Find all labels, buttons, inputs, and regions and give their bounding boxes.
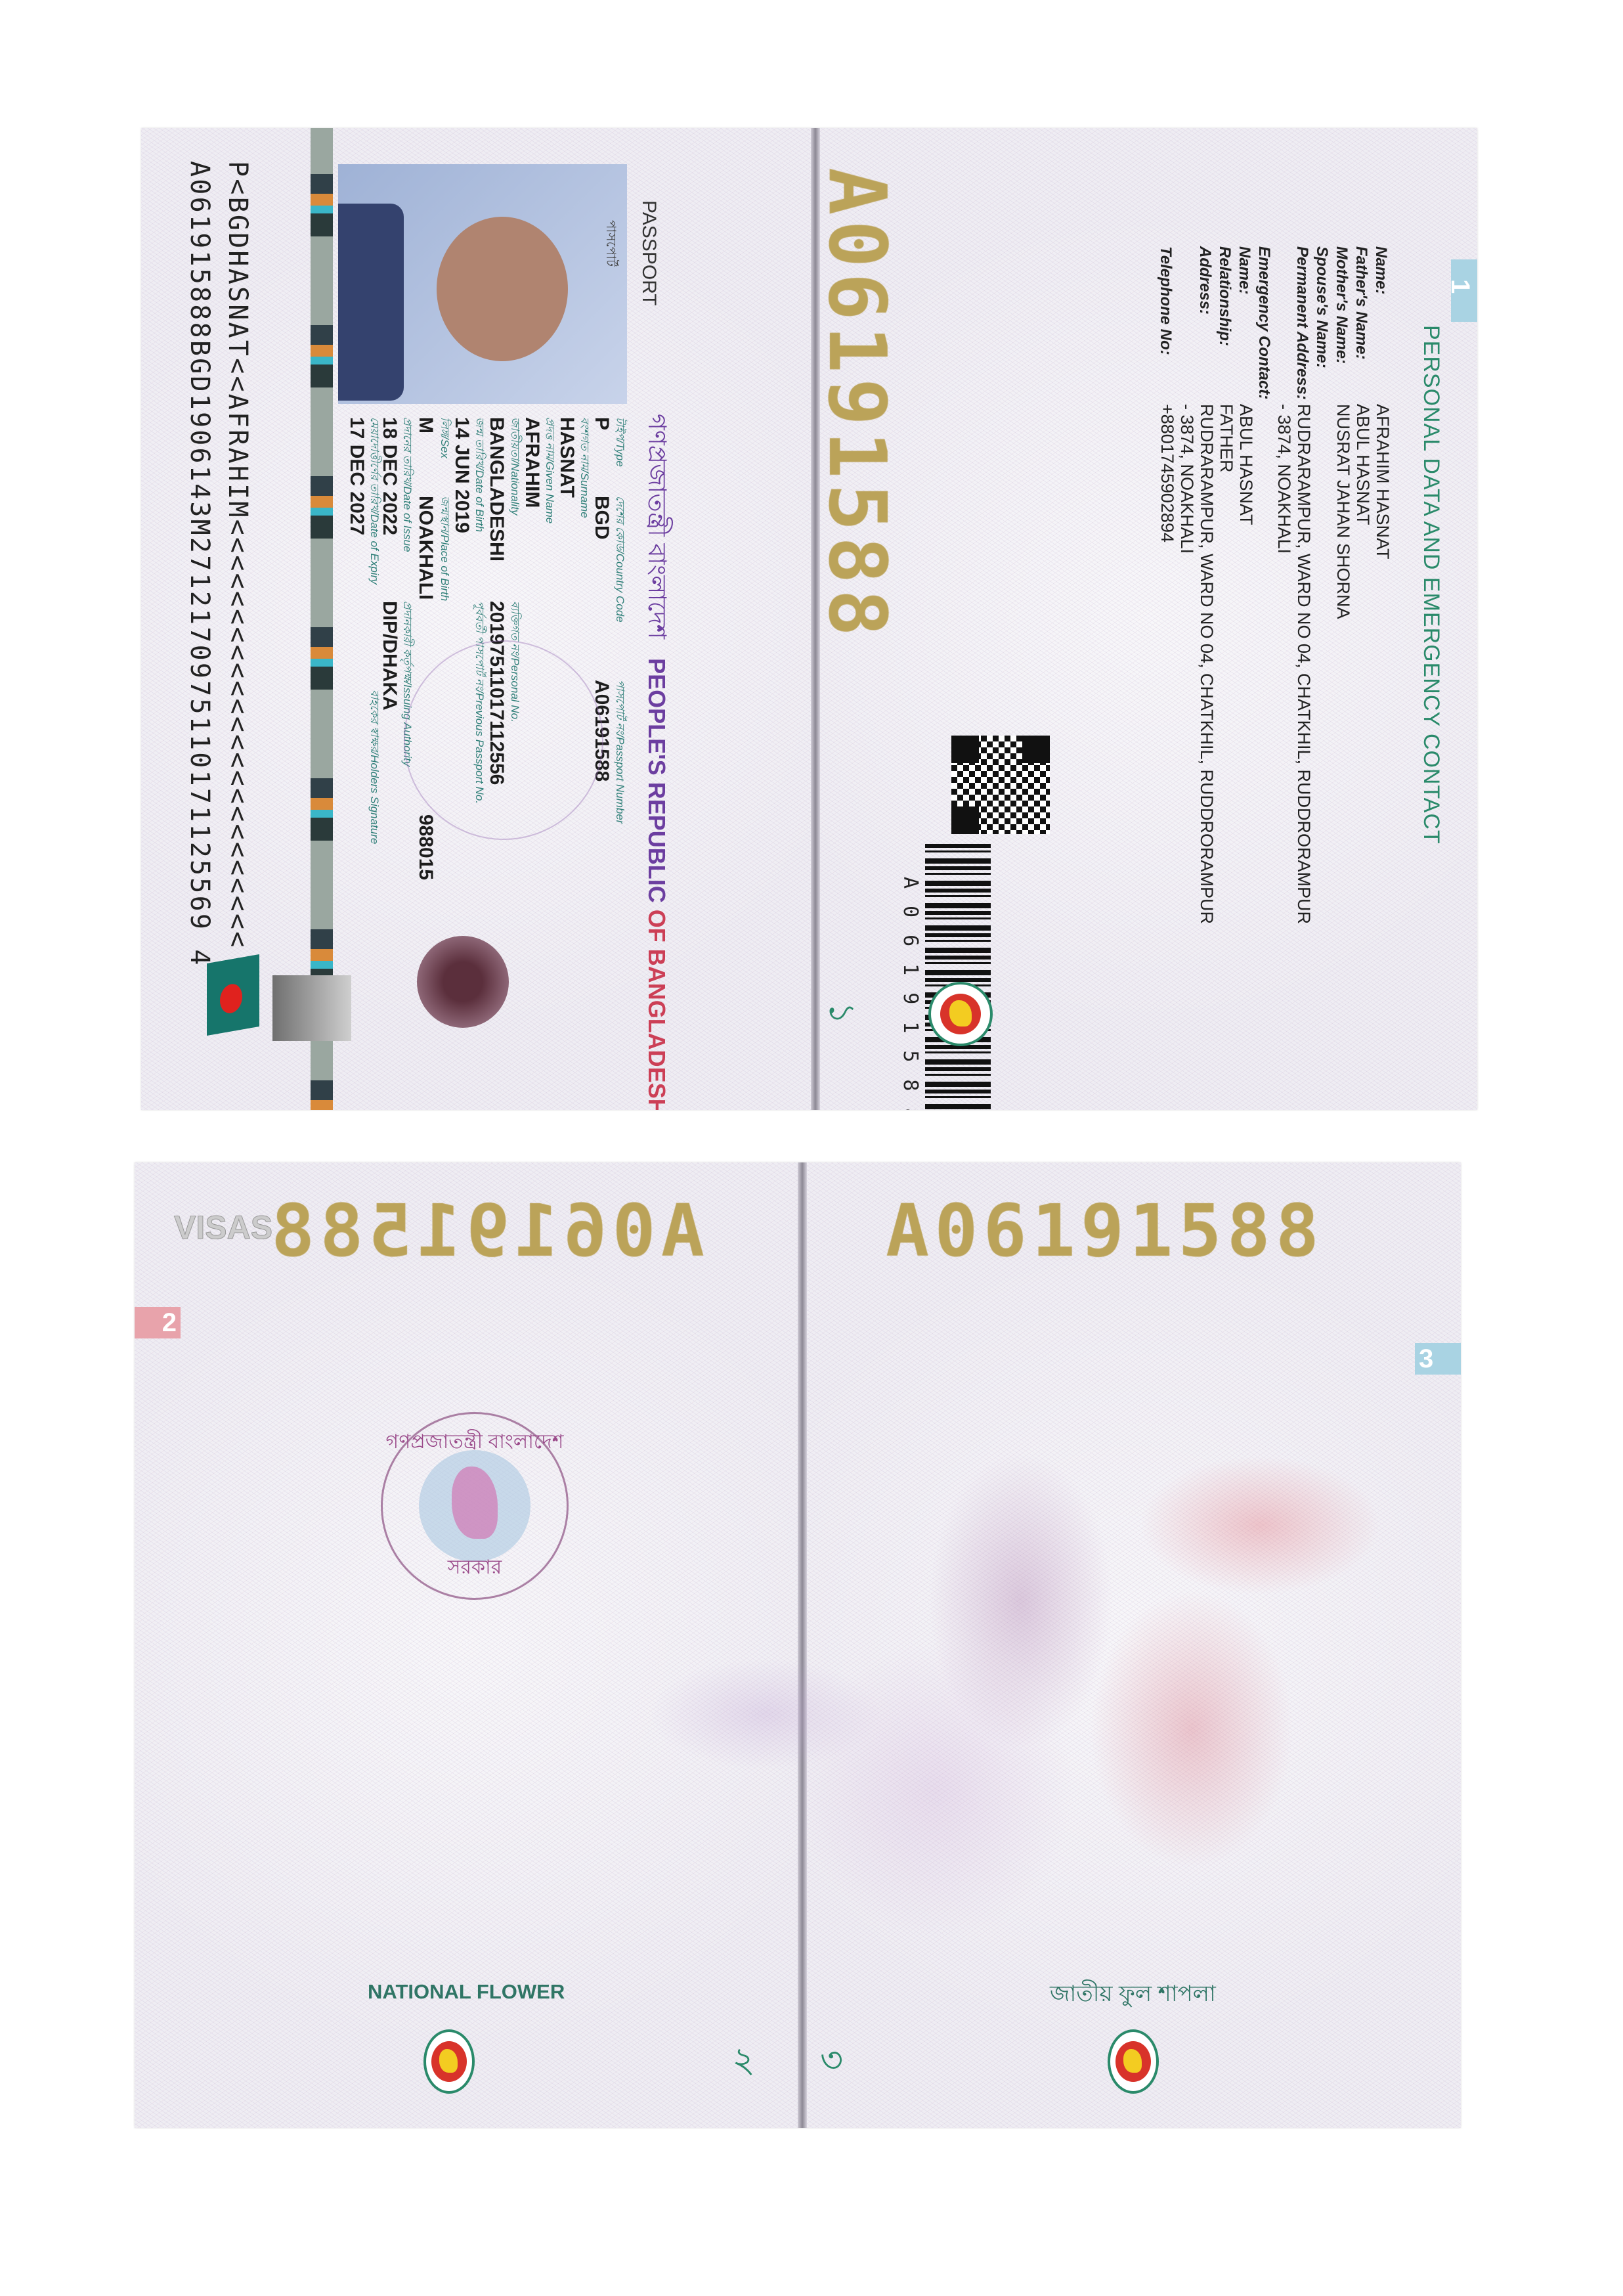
seal-text-top: গণপ্রজাতন্ত্রী বাংলাদেশ [383,1426,567,1459]
previous-passport-value: 988015 [414,814,437,880]
row-label: Telephone No: [1156,246,1175,355]
perforated-number-mirrored: A06191588 [266,1189,704,1273]
government-emblem-icon [423,2029,475,2094]
visa-page-2: VISAS A06191588 2 গণপ্রজাতন্ত্রী বাংলাদে… [135,1162,798,2128]
row-value: RUDRARAMPUR, WARD NO 04, CHATKHIL, RUDDR… [1196,404,1217,924]
row-value: ABUL HASNAT [1236,404,1256,525]
row-value: FATHER [1216,404,1236,473]
row-label: Mother's Name: [1332,246,1351,364]
page-tab-1: 1 [1451,259,1477,322]
country-title: গণপ্রজাতন্ত্রী বাংলাদেশ PEOPLE'S REPUBLI… [634,414,676,1110]
row-value-continued: - 3874, NOAKHALI [1177,404,1197,554]
date-of-issue-label: প্রদানের তারিখ/Date of Issue [397,417,416,552]
country-title-en-part1: PEOPLE'S REPUBLIC [643,658,670,910]
seal-text-bottom: সরকার [383,1551,567,1585]
passport-word-bn: পাসপোর্ট [599,220,620,267]
type-label: টাইপ/Type [610,417,628,467]
hologram-strip [311,128,333,1110]
national-flower-caption-bn: জাতীয় ফুল শাপলা [1050,1977,1216,2014]
section-title: PERSONAL DATA AND EMERGENCY CONTACT [1418,325,1444,845]
row-label: Name: [1372,246,1390,294]
row-label: Relationship: [1215,246,1234,346]
flag-icon [207,954,259,1036]
government-seal: গণপ্রজাতন্ত্রী বাংলাদেশ সরকার [381,1412,569,1600]
row-value: ABUL HASNAT [1352,404,1373,525]
passport-data-spread: A061915888BGD1906143M2712170975110171125… [141,128,1477,1110]
row-value-continued: - 3874, NOAKHALI [1274,404,1294,554]
security-disc-icon [417,936,509,1028]
country-title-bn: গণপ্রজাতন্ত্রী বাংলাদেশ [643,414,670,639]
country-title-en: PEOPLE'S REPUBLIC OF BANGLADESH [643,658,670,1110]
row-label: Permanent Address: [1293,246,1311,400]
page-number: ৩ [820,2033,843,2092]
perforated-number: A06191588 [886,1189,1324,1273]
sex-value: M [414,417,437,433]
page-tab-2: 2 [135,1307,181,1338]
place-of-birth-value: NOAKHALI [414,496,437,600]
country-code-label: দেশের কোড/Country Code [610,496,628,623]
holders-signature-label: বাহকের স্বাক্ষর/Holders Signature [364,690,383,844]
page-tab-1-label: 1 [1445,279,1475,294]
watermark-seal [404,640,603,840]
national-flower-caption: NATIONAL FLOWER [368,1980,565,2004]
perforated-number: A06191588 [820,167,902,642]
holder-photo [338,164,627,404]
spine-crease [811,128,820,1110]
barcode-text: A06191588 [899,877,922,1110]
country-title-en-part2: OF BANGLADESH [643,910,670,1110]
national-flower-page-3: A06191588 3 জাতীয় ফুল শাপলা ৩ [807,1162,1461,2128]
barcode [925,844,991,1110]
page-number: ২ [732,2033,755,2092]
type-value: P [590,417,613,430]
row-label: Emergency Contact: [1255,246,1273,399]
visa-spread: VISAS A06191588 2 গণপ্রজাতন্ত্রী বাংলাদে… [135,1162,1461,2128]
passport-number-label: পাসপোর্ট নং/Passport Number [610,680,628,824]
spine-crease [798,1162,807,2128]
mrz-line-2: A061915888BGD1906143M2712170975110171125… [184,161,215,967]
row-label: Spouse's Name: [1312,246,1331,368]
government-emblem-icon [928,982,993,1046]
ghost-photo [272,975,351,1041]
row-value: NUSRAT JAHAN SHORNA [1333,404,1353,619]
country-code-value: BGD [590,496,613,540]
row-value: +8801745902894 [1157,404,1177,542]
nationality-value: BANGLADESHI [485,417,508,562]
personal-data-page: A06191588 1 PERSONAL DATA AND EMERGENCY … [820,128,1477,1110]
row-label: Name: [1235,246,1253,294]
page-tab-3: 3 [1415,1343,1461,1375]
government-emblem-icon [1108,2029,1159,2094]
biodata-page: A061915888BGD1906143M2712170975110171125… [141,128,811,1110]
qr-code [951,736,1050,834]
mrz-line-1: P<BGDHASNAT<<AFRAHIM<<<<<<<<<<<<<<<<<<<<… [223,161,253,949]
row-label: Father's Name: [1352,246,1370,359]
row-value: AFRAHIM HASNAT [1372,404,1393,560]
row-label: Address: [1196,246,1214,315]
visas-heading: VISAS [174,1208,272,1247]
row-value: RUDRARAMPUR, WARD NO 04, CHATKHIL, RUDDR… [1293,404,1314,924]
passport-word: PASSPORT [638,200,660,306]
page-number: ১ [820,1002,869,1025]
